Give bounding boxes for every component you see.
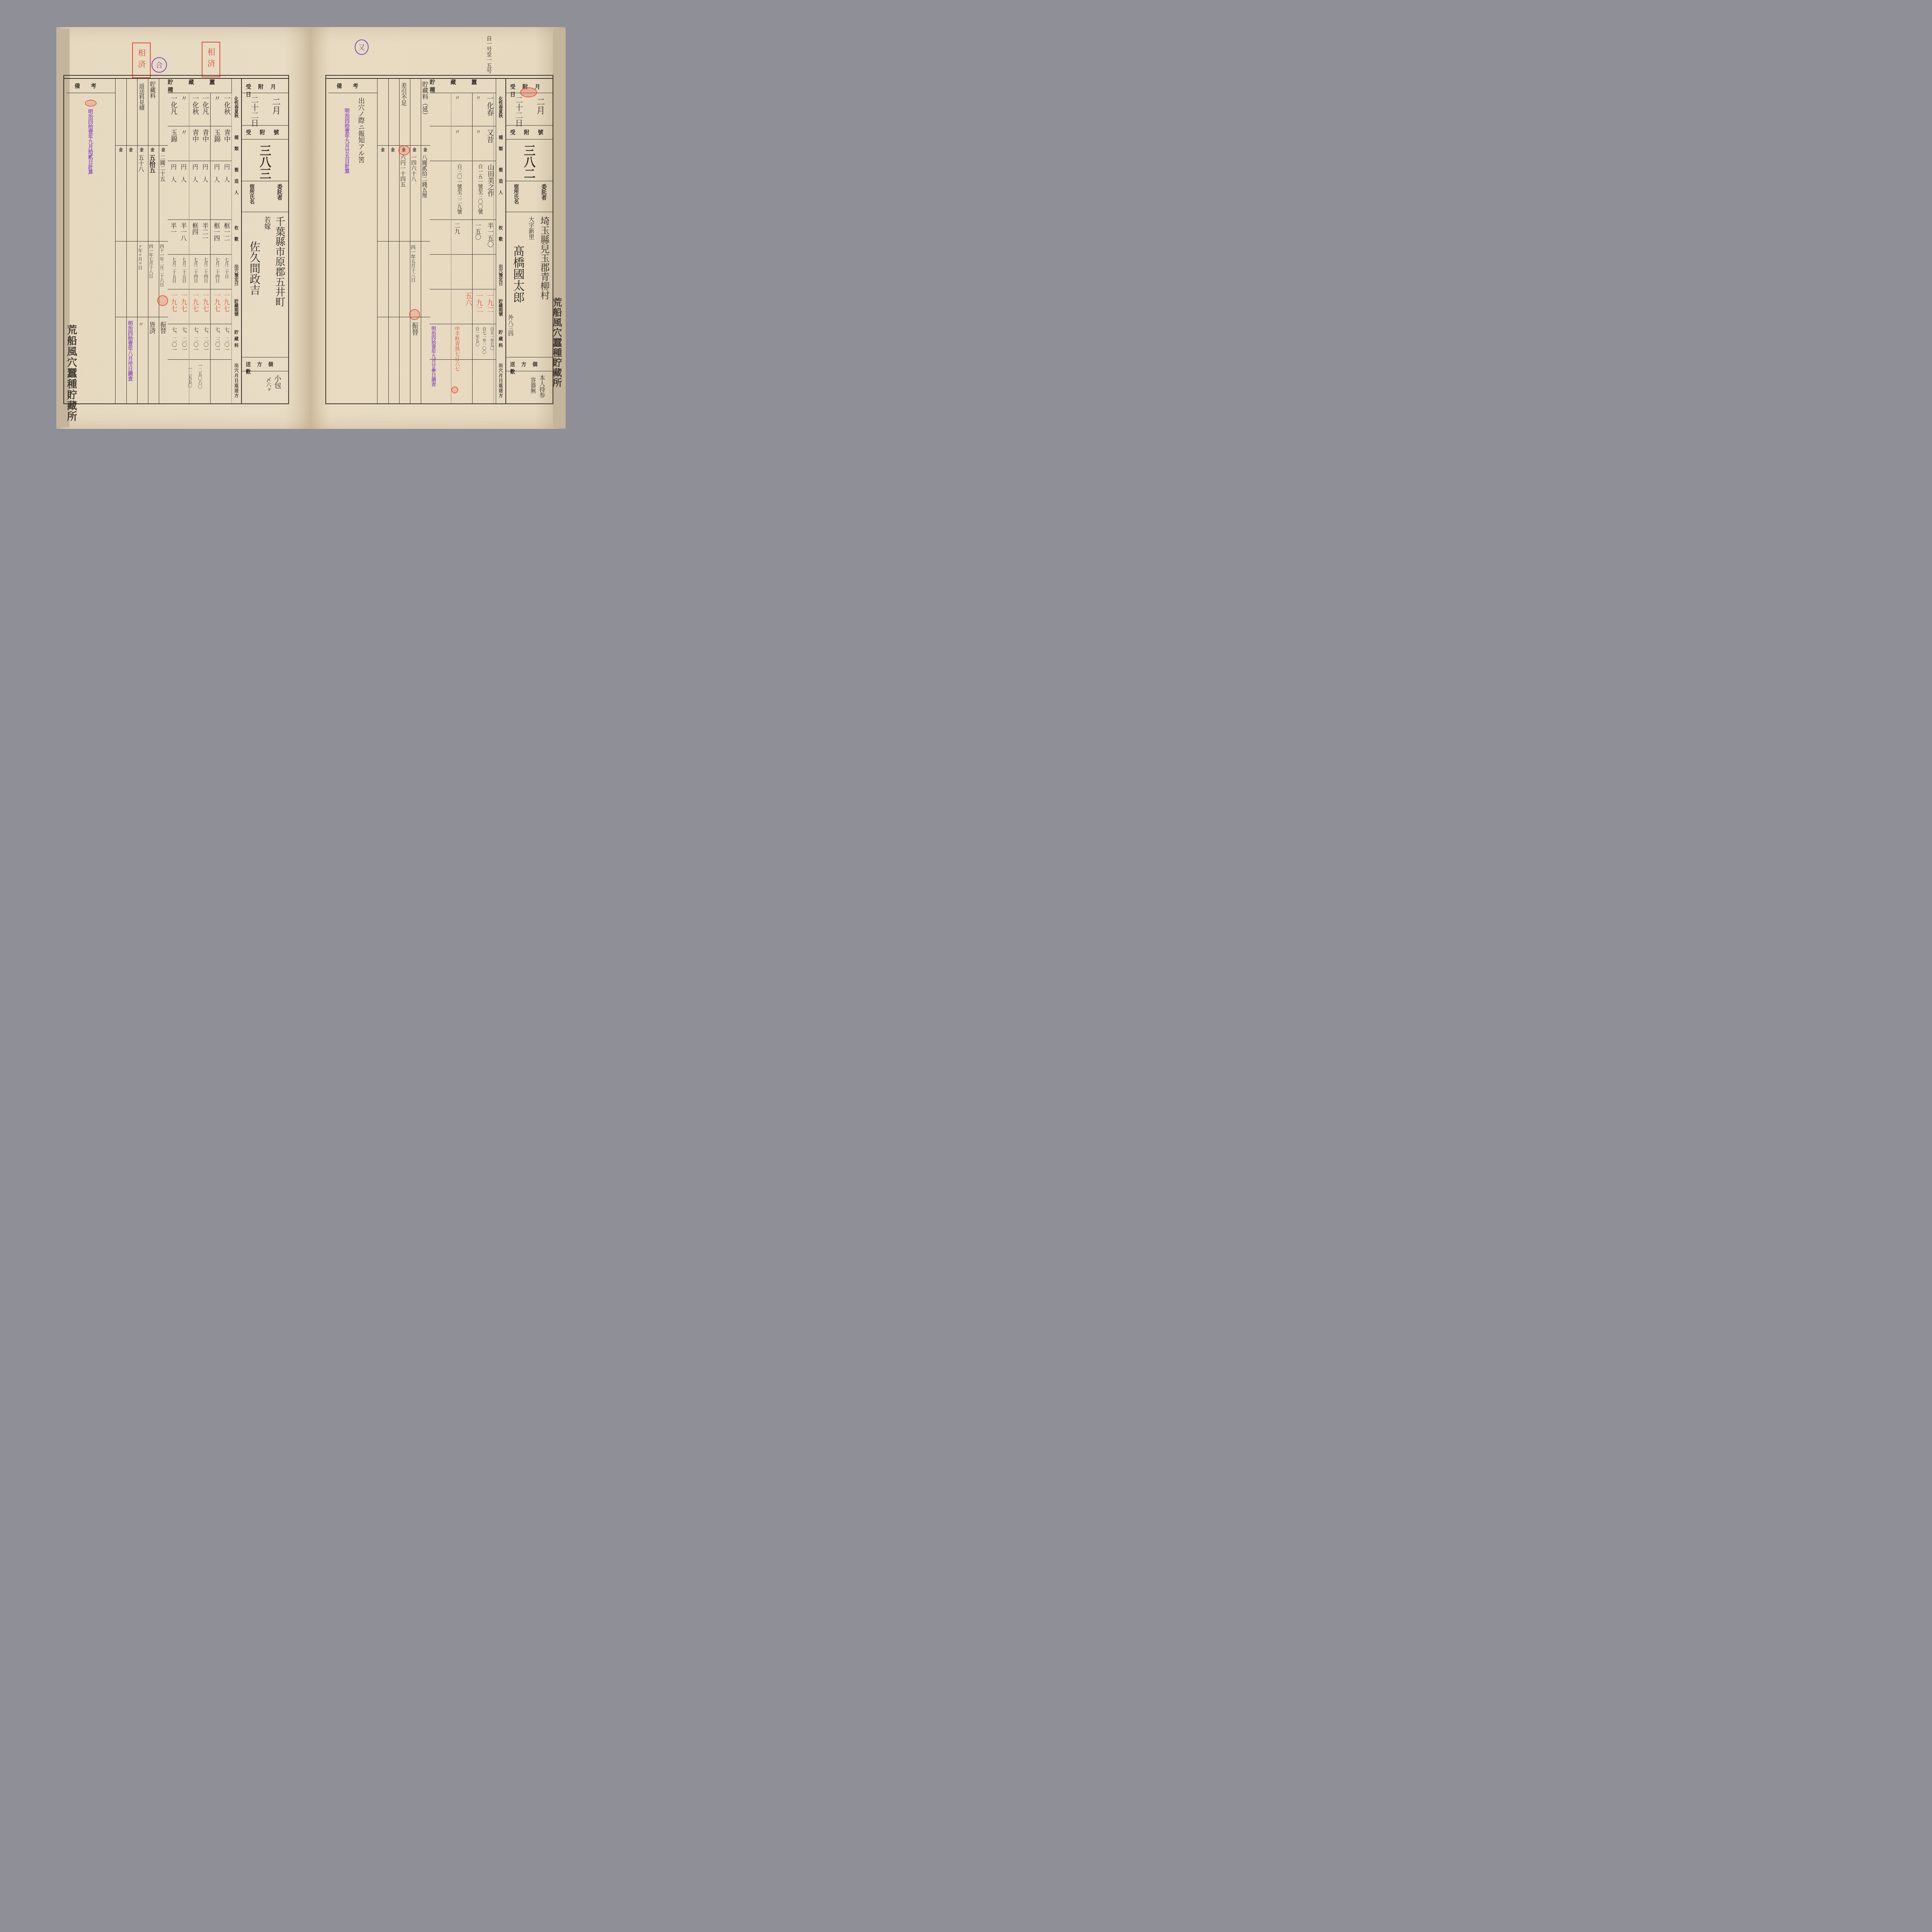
left-entry-5-box: 一九七 [180,292,186,312]
right-remark-stamp: 明治四拾壹年九月廿五日計算 [344,108,349,173]
left-audit-stamp: 明治四拾壹年八月卅日調査 [127,321,132,381]
left-fee-column-title: 貯藏料 [150,81,155,99]
left-entry-grid: 一化秋 青中 円 人 框一二 七月二十日 一九七 七、二〇一 〃 玉錦 円 人 … [168,93,232,403]
left-entry-1-sheets: 框一二 [223,223,230,241]
header-remarks-right: 備考 [328,79,377,93]
right-fee-value-1: 八圓貳拾二錢五厘 [422,155,427,198]
left-entry-2-producer: 円 人 [214,164,219,182]
header-remarks-left: 備考 [66,79,115,93]
settled-stamp-1: 相済 [132,43,151,78]
right-received-month: 二月 [536,97,544,114]
header-consignor-sub-right: 宿所氏名 [513,184,518,204]
left-remark-seal [85,100,97,107]
left-entry-4-fee: 七、二〇一 [193,327,198,352]
label-sheets-right: 枚數 [498,226,503,248]
right-receipt-mark-1: 振替 [411,322,417,335]
left-entry-2-planned: 七月二十四日 [215,257,219,283]
left-entry-2-voltinism: 〃 [213,95,219,102]
label-sheets: 枚數 [234,226,238,248]
right-page: 荒船風穴蠶種貯藏所 又 自一号至一五号 受附月日 二月 二十二日 受附號 三八二… [310,27,566,429]
label-producer: 製造人 [234,168,238,201]
money-prefix-3: 金 [139,148,143,151]
header-consignor-right: 委託者 [541,184,546,200]
right-entry-1-fee: 自五一至七〇 [489,327,493,350]
label-box-number: 貯藏箱號 [234,299,238,316]
money-prefix-r2: 金 [412,148,415,151]
right-audit-stamp: 明治四拾壹年九月廿參日調査 [431,326,436,386]
right-entry-1-sheets: 半一五〇 [487,223,493,247]
right-entry-1-producer: 山田美之作 [486,164,493,197]
left-receipt-date-3: 〃年〃月〃日 [138,244,142,270]
money-prefix-r1: 金 [422,148,426,151]
right-receipt-number: 三八二 [522,145,534,179]
left-entry-3-planned: 七月二十四日 [204,257,208,283]
left-fee-columns: 貯藏料 返送料見積 金 金 金 金 金 二圓二十五 五拾五 五十八 四十一年二月… [115,79,168,403]
left-consignor-address: 千葉縣市原郡五井町 [274,216,284,307]
header-receipt-number-right: 受附號 [510,128,552,136]
left-entry-5-variety: 〃 [180,129,186,136]
left-entry-5-fee: 七、二〇一 [181,327,186,352]
left-fee-value-2: 五拾五 [149,155,155,173]
right-consignor-note: 外八三四 [508,315,513,336]
right-remarks-column: 備考 出穴ノ際ニ報知アル筈 明治四拾壹年九月廿五日計算 [328,79,377,403]
right-entry-3-sheets: 二九 [454,223,460,234]
money-prefix-2: 金 [150,148,153,151]
left-entry-6-planned: 七月二十五日 [172,257,176,283]
header-stored-variety-right: 貯藏蠶種 [430,79,496,93]
right-consignor-name: 髙橋國太郎 [512,245,523,303]
right-entry-3-producer: 自三〇一號至三二九號 [456,164,461,214]
header-consignor: 委託者 [277,184,282,200]
money-prefix-4: 金 [128,148,132,151]
right-entry-1-box: 一九二 [486,292,493,313]
left-receipt-date-2: 四一年七月十八日 [149,244,153,278]
left-entry-1-fee: 七、二〇一 [224,327,229,352]
left-field-labels: 化性春夏秋 種類 製造人 枚數 出穴豫定日 貯藏箱號 貯藏料 出穴月日返送方 [231,79,242,403]
money-prefix-5: 金 [118,148,122,151]
money-prefix-1: 金 [160,148,164,151]
right-entry-2-fee: 自七一至一〇〇 [481,327,485,354]
label-producer-right: 製造人 [498,168,503,201]
left-entry-2-fee: 七、三〇一 [214,327,219,352]
settled-stamp-2: 相済 [202,42,220,77]
left-receipt-mark-1: 振替 [160,321,166,334]
right-red-note: 中半秋青熟七日六七 [454,326,459,371]
label-box-number-right: 貯藏箱號 [498,299,503,316]
label-storage-fee-right: 貯藏料 [498,330,503,350]
left-entry-2-sheets: 框一四 [213,223,219,241]
right-entry-2-voltinism: 〃 [475,95,481,100]
left-entry-2-variety: 玉錦 [213,129,219,142]
right-fee-note: 差引不足 [401,83,406,106]
left-consignor-sub-address: 若嫁 [263,216,270,230]
right-receipt-seal [409,309,420,320]
right-entry-3-voltinism: 〃 [454,95,460,100]
left-receipt-block: 受附月日 二月 二十二日 受附號 三八三 委託者 宿所氏名 千葉縣市原郡五井町 … [241,79,288,403]
left-entry-3-box: 一九七 [201,292,208,312]
right-entry-grid: 一化春 又昔 山田美之作 半一五〇 一九二 自五一至七〇 〃 〃 自一五一號至三… [430,93,496,403]
left-entry-4-planned: 七月二十四日 [194,257,198,283]
left-page: 荒船風穴蠶種貯藏所 相済 合 相済 受附月日 二月 二十二日 受附號 三八三 委… [56,27,310,429]
left-received-month: 二月 [271,97,280,114]
right-fee-column-title: 貯藏料（延） [422,81,428,118]
right-entry-1-voltinism: 一化春 [486,95,493,116]
left-entry-3-sheets: 半二一 [202,223,208,241]
header-stored-variety: 貯藏蠶種 [168,79,232,93]
header-consignor-sub: 宿所氏名 [249,184,254,204]
left-entry-3-producer: 円 人 [202,164,208,182]
left-fee-estimate-title: 返送料見積 [139,83,144,111]
left-entry-6-sheets: 半一 [170,223,176,235]
left-entry-4-variety: 青中 [191,129,198,142]
received-circle-stamp: 又 [355,39,369,55]
left-fee-total-note-1: 一二五〇六〇 [198,363,202,389]
left-received-day: 二十二日 [250,96,258,127]
left-entry-1-voltinism: 一化秋 [223,95,230,115]
left-entry-5-voltinism: 〃 [180,95,186,102]
right-top-note: 自一号至一五号 [486,36,492,73]
left-receipt-date-1: 四十一年二月二十六日 [160,244,164,287]
label-voltinism-right: 化性春夏秋 [498,97,503,118]
left-entry-6-fee: 七、二〇一 [171,327,176,352]
right-receipt-block: 受附月日 二月 二十二日 受附號 三八二 委託者 宿所氏名 埼玉縣兒玉郡青柳村 … [505,79,553,403]
right-remark-note: 出穴ノ際ニ報知アル筈 [357,97,364,163]
left-receipt-number: 三八三 [258,145,270,179]
left-entry-3-fee: 七、二〇一 [203,327,208,352]
right-consignor-sub-address: 大字新里 [528,216,534,240]
left-entry-4-producer: 円 人 [192,164,198,182]
left-form-frame: 受附月日 二月 二十二日 受附號 三八三 委託者 宿所氏名 千葉縣市原郡五井町 … [63,75,289,404]
label-planned-removal: 出穴豫定日 [234,264,238,286]
left-entry-6-voltinism: 一化凡 [170,95,176,115]
right-entry-3-fee: 自一至五〇 [474,327,478,346]
right-fee-value-3: 六円一十四五 [400,155,405,187]
right-entry-2-sheets: 一五〇 [475,223,481,240]
right-fee-columns: 貯藏料（延） 差引不足 金 金 金 金 金 八圓貳拾二錢五厘 一四六十八 六円一… [377,79,430,403]
money-prefix-r4: 金 [390,148,394,151]
left-fee-value-3: 五十八 [138,155,144,172]
left-remarks-column: 備考 明治四拾壹年九月拾貳日計算 [66,79,115,403]
left-entry-1-producer: 円 人 [224,164,230,182]
right-received-day: 二十二日 [515,96,522,127]
left-entry-2-box: 一九七 [213,292,219,312]
label-return-method: 出穴月日返送方 [234,363,238,398]
left-entry-5-producer: 円 人 [180,164,186,182]
left-consignor-name: 佐久間政吉 [249,241,260,295]
left-entry-4-sheets: 框四 [192,223,198,235]
left-remark-stamp: 明治四拾壹年九月拾貳日計算 [87,109,92,174]
approval-stamp: 合 [151,57,167,73]
left-entry-6-box: 一九七 [170,292,176,312]
left-fee-total-note-2: 一二五五〇 [188,366,192,388]
right-fee-value-2: 一四六十八 [411,155,416,182]
left-entry-4-voltinism: 一化秋 [191,95,198,115]
header-shipping: 送方個數 [246,360,288,375]
right-shipping: 本人持参 [539,375,545,398]
right-receipt-date-1: 四一年五月十三日 [411,245,415,282]
label-return-method-right: 出穴月日返送方 [498,363,503,398]
left-entry-3-voltinism: 一化凡 [201,95,208,115]
left-shipping: 小包 [274,375,281,389]
header-receipt-number: 受附號 [246,128,287,136]
left-shipping-note: 〆六ヶ [265,377,270,392]
label-planned-removal-right: 出穴豫定日 [498,264,503,286]
label-variety-right: 種類 [498,135,503,158]
right-entry-2-producer: 自一五一號至三〇〇號 [477,164,482,214]
right-form-frame: 受附月日 二月 二十二日 受附號 三八二 委託者 宿所氏名 埼玉縣兒玉郡青柳村 … [325,75,553,404]
left-entry-1-variety: 青中 [223,129,230,142]
right-entry-3-variety: 〃 [454,129,460,134]
right-entry-3-box: 五六 [464,292,471,306]
left-entry-4-box: 一九七 [191,292,198,312]
right-entry-2-variety: 〃 [475,129,481,134]
left-entry-1-box: 一九七 [222,292,229,312]
right-entry-1-variety: 又昔 [486,129,493,143]
left-entry-1-planned: 七月二十日 [224,257,229,279]
left-entry-5-sheets: 半一八 [180,223,186,241]
left-receipt-mark-2: 皆済 [149,321,155,334]
left-receipt-mark-3: 〃 [138,321,143,327]
label-variety: 種類 [234,135,238,158]
right-shipping-note: 容器無 [530,377,536,393]
left-fee-value-1: 二圓二十五 [160,155,165,182]
header-shipping-right: 送方個數 [510,360,553,375]
right-field-labels: 化性春夏秋 種類 製造人 枚數 出穴豫定日 貯藏箱號 貯藏料 出穴月日返送方 [496,79,506,403]
left-entry-5-planned: 七月二十五日 [182,257,186,283]
left-entry-6-variety: 玉錦 [170,129,176,142]
money-prefix-r5: 金 [380,148,384,151]
left-entry-3-variety: 青中 [201,129,208,142]
right-entry-2-box: 一九二 [475,292,482,313]
left-entry-6-producer: 円 人 [170,164,176,182]
open-ledger-book: 荒船風穴蠶種貯藏所 相済 合 相済 受附月日 二月 二十二日 受附號 三八三 委… [56,27,566,429]
right-red-dot-seal [451,386,458,393]
right-fee-seal [398,145,410,155]
label-voltinism: 化性春夏秋 [234,97,238,118]
label-storage-fee: 貯藏料 [234,330,238,350]
right-consignor-address: 埼玉縣兒玉郡青柳村 [539,216,549,300]
left-receipt-seal [157,295,168,306]
